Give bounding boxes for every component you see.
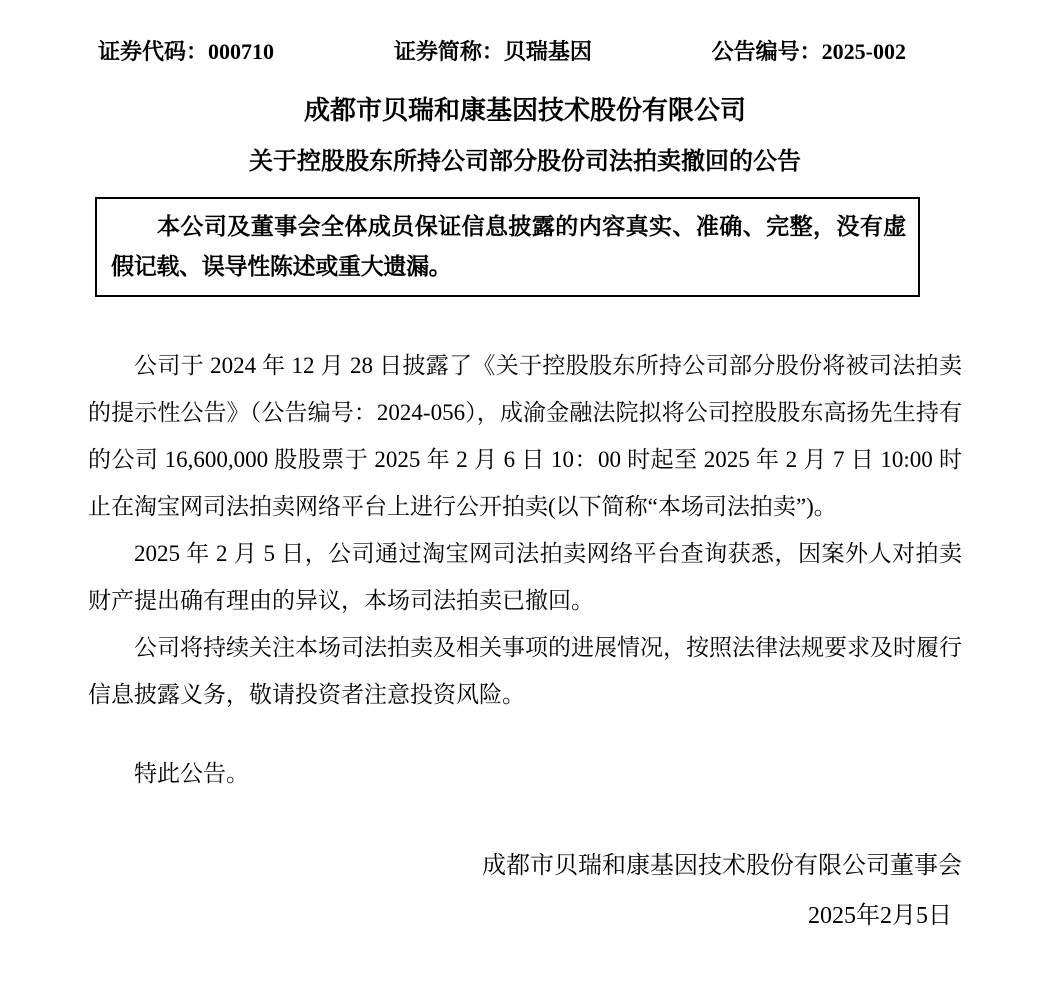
announcement-page: 证券代码：000710 证券简称：贝瑞基因 公告编号：2025-002 成都市贝… [0, 0, 1048, 985]
disclaimer-box: 本公司及董事会全体成员保证信息披露的内容真实、准确、完整，没有虚假记载、误导性陈… [95, 197, 920, 297]
disclaimer-text: 本公司及董事会全体成员保证信息披露的内容真实、准确、完整，没有虚假记载、误导性陈… [111, 214, 906, 279]
paragraph-withdrawal: 2025 年 2 月 5 日，公司通过淘宝网司法拍卖网络平台查询获悉，因案外人对… [88, 530, 962, 624]
paragraph-followup: 公司将持续关注本场司法拍卖及相关事项的进展情况，按照法律法规要求及时履行信息披露… [88, 624, 962, 718]
signature-block: 成都市贝瑞和康基因技术股份有限公司董事会 2025年2月5日 [88, 841, 962, 941]
announcement-title: 关于控股股东所持公司部分股份司法拍卖撤回的公告 [88, 147, 962, 177]
signature-date: 2025年2月5日 [88, 891, 962, 941]
document-header: 证券代码：000710 证券简称：贝瑞基因 公告编号：2025-002 [88, 38, 962, 66]
stock-abbr: 证券简称：贝瑞基因 [394, 38, 592, 66]
announcement-body: 公司于 2024 年 12 月 28 日披露了《关于控股股东所持公司部分股份将被… [88, 342, 962, 718]
closing-statement: 特此公告。 [88, 750, 962, 797]
company-title: 成都市贝瑞和康基因技术股份有限公司 [88, 96, 962, 126]
signature: 成都市贝瑞和康基因技术股份有限公司董事会 [88, 841, 962, 891]
paragraph-auction-notice: 公司于 2024 年 12 月 28 日披露了《关于控股股东所持公司部分股份将被… [88, 342, 962, 530]
announcement-number: 公告编号：2025-002 [712, 38, 906, 66]
stock-code: 证券代码：000710 [98, 38, 274, 66]
